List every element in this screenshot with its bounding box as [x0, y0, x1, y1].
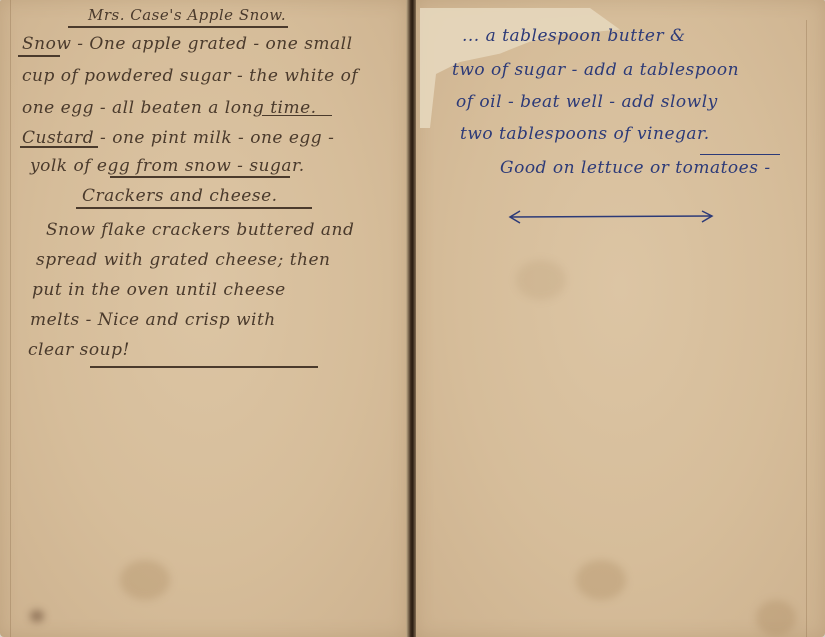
recipe-line: yolk of egg from snow - sugar. — [30, 156, 305, 176]
page-edge-line — [806, 20, 807, 637]
section-divider — [90, 366, 318, 368]
word-underline — [262, 115, 332, 116]
recipe-line: cup of powdered sugar - the white of — [22, 66, 358, 86]
recipe-line: two tablespoons of vinegar. — [460, 124, 710, 144]
paper-stain — [120, 560, 170, 600]
recipe-line: Snow - One apple grated - one small — [22, 34, 353, 54]
recipe-line: melts - Nice and crisp with — [30, 310, 276, 330]
word-underline — [20, 146, 98, 148]
paper-stain — [30, 610, 44, 622]
section-divider — [110, 176, 290, 178]
title-underline — [68, 26, 288, 28]
paper-stain — [516, 260, 566, 300]
recipe-line: put in the oven until cheese — [32, 280, 286, 300]
double-arrow-icon — [508, 210, 714, 224]
recipe-line: Snow flake crackers buttered and — [46, 220, 354, 240]
page-edge-line — [10, 0, 11, 637]
recipe-line: of oil - beat well - add slowly — [456, 92, 718, 112]
recipe-line: ... a tablespoon butter & — [462, 26, 686, 46]
recipe-line: two of sugar - add a tablespoon — [452, 60, 739, 80]
left-page: Mrs. Case's Apple Snow. Snow - One apple… — [0, 0, 408, 637]
recipe-title: Mrs. Case's Apple Snow. — [88, 6, 286, 24]
paper-stain — [756, 600, 796, 636]
title-underline — [76, 207, 312, 209]
recipe-line: spread with grated cheese; then — [36, 250, 331, 270]
recipe-line: Good on lettuce or tomatoes - — [500, 158, 771, 178]
recipe-line: Custard - one pint milk - one egg - — [22, 128, 334, 148]
word-underline — [700, 154, 780, 155]
notebook-spread: Mrs. Case's Apple Snow. Snow - One apple… — [0, 0, 825, 637]
word-underline — [18, 55, 60, 57]
paper-stain — [576, 560, 626, 600]
recipe-title: Crackers and cheese. — [82, 186, 278, 206]
recipe-line: clear soup! — [28, 340, 130, 360]
